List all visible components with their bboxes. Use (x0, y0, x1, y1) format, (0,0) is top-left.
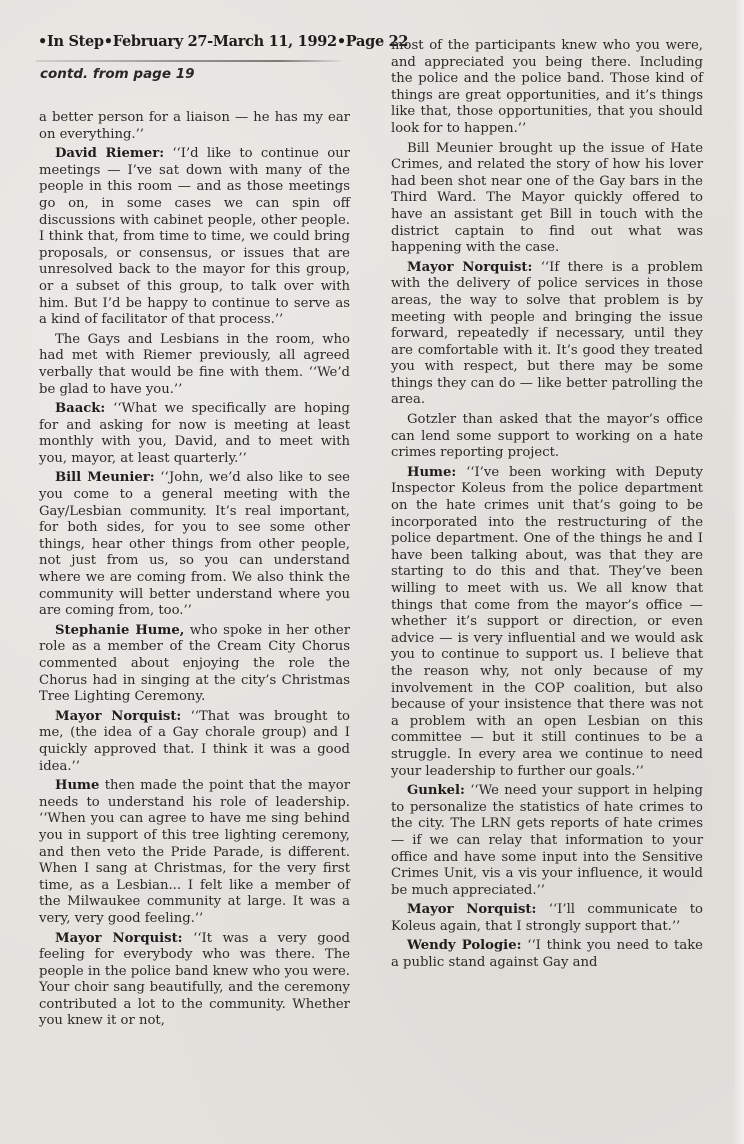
speaker-name: Baack: (55, 401, 105, 416)
paragraph-text: ‘‘John, we’d also like to see you come t… (39, 470, 350, 618)
paragraph-text: ‘‘I’ve been working with Deputy Inspecto… (391, 465, 703, 779)
continued-from-label: contd. from page 19 (40, 66, 195, 82)
speaker-name: Mayor Norquist: (407, 260, 532, 275)
article-paragraph: Bill Meunier: ‘‘John, we’d also like to … (39, 470, 350, 619)
article-paragraph: Wendy Pologie: ‘‘I think you need to tak… (391, 938, 703, 971)
article-paragraph: Mayor Norquist: ‘‘That was brought to me… (39, 709, 350, 775)
article-paragraph: Mayor Norquist: ‘‘I’ll communicate to Ko… (391, 902, 703, 935)
paragraph-text: Bill Meunier brought up the issue of Hat… (391, 141, 703, 256)
header-rule (36, 60, 341, 62)
paragraph-text: ‘‘If there is a problem with the deliver… (391, 260, 703, 408)
paragraph-text: then made the point that the mayor needs… (39, 778, 350, 926)
paragraph-text: ‘‘We need your support in helping to per… (391, 783, 703, 898)
speaker-name: Hume (55, 778, 99, 793)
paragraph-text: Gotzler than asked that the mayor’s offi… (391, 412, 703, 460)
paragraph-text: ‘‘I’d like to continue our meetings — I’… (39, 146, 350, 327)
speaker-name: David Riemer: (55, 146, 164, 161)
speaker-name: Wendy Pologie: (407, 938, 521, 953)
article-paragraph: Mayor Norquist: ‘‘If there is a problem … (391, 260, 703, 409)
article-paragraph: most of the participants knew who you we… (391, 38, 703, 138)
article-paragraph: The Gays and Lesbians in the room, who h… (39, 332, 350, 398)
masthead: •In Step•February 27-March 11, 1992•Page… (38, 33, 408, 50)
speaker-name: Mayor Norquist: (55, 709, 181, 724)
newspaper-page: •In Step•February 27-March 11, 1992•Page… (0, 0, 744, 1144)
paragraph-text: The Gays and Lesbians in the room, who h… (39, 332, 350, 397)
speaker-name: Mayor Norquist: (407, 902, 536, 917)
article-paragraph: Gotzler than asked that the mayor’s offi… (391, 412, 703, 462)
article-paragraph: Gunkel: ‘‘We need your support in helpin… (391, 783, 703, 899)
article-paragraph: Mayor Norquist: ‘‘It was a very good fee… (39, 931, 350, 1031)
paragraph-text: most of the participants knew who you we… (391, 38, 703, 136)
speaker-name: Gunkel: (407, 783, 465, 798)
article-paragraph: Hume: ‘‘I’ve been working with Deputy In… (391, 465, 703, 780)
article-paragraph: Bill Meunier brought up the issue of Hat… (391, 141, 703, 257)
article-paragraph: Hume then made the point that the mayor … (39, 778, 350, 927)
article-paragraph: a better person for a liaison — he has m… (39, 110, 350, 143)
speaker-name: Mayor Norquist: (55, 931, 183, 946)
speaker-name: Stephanie Hume, (55, 623, 184, 638)
article-paragraph: Baack: ‘‘What we specifically are hoping… (39, 401, 350, 467)
page-edge (734, 0, 744, 1144)
article-column-right: most of the participants knew who you we… (391, 38, 703, 975)
article-paragraph: Stephanie Hume, who spoke in her other r… (39, 623, 350, 706)
article-paragraph: David Riemer: ‘‘I’d like to continue our… (39, 146, 350, 329)
paragraph-text: a better person for a liaison — he has m… (39, 110, 350, 142)
speaker-name: Bill Meunier: (55, 470, 155, 485)
article-column-left: a better person for a liaison — he has m… (39, 110, 350, 1033)
speaker-name: Hume: (407, 465, 456, 480)
